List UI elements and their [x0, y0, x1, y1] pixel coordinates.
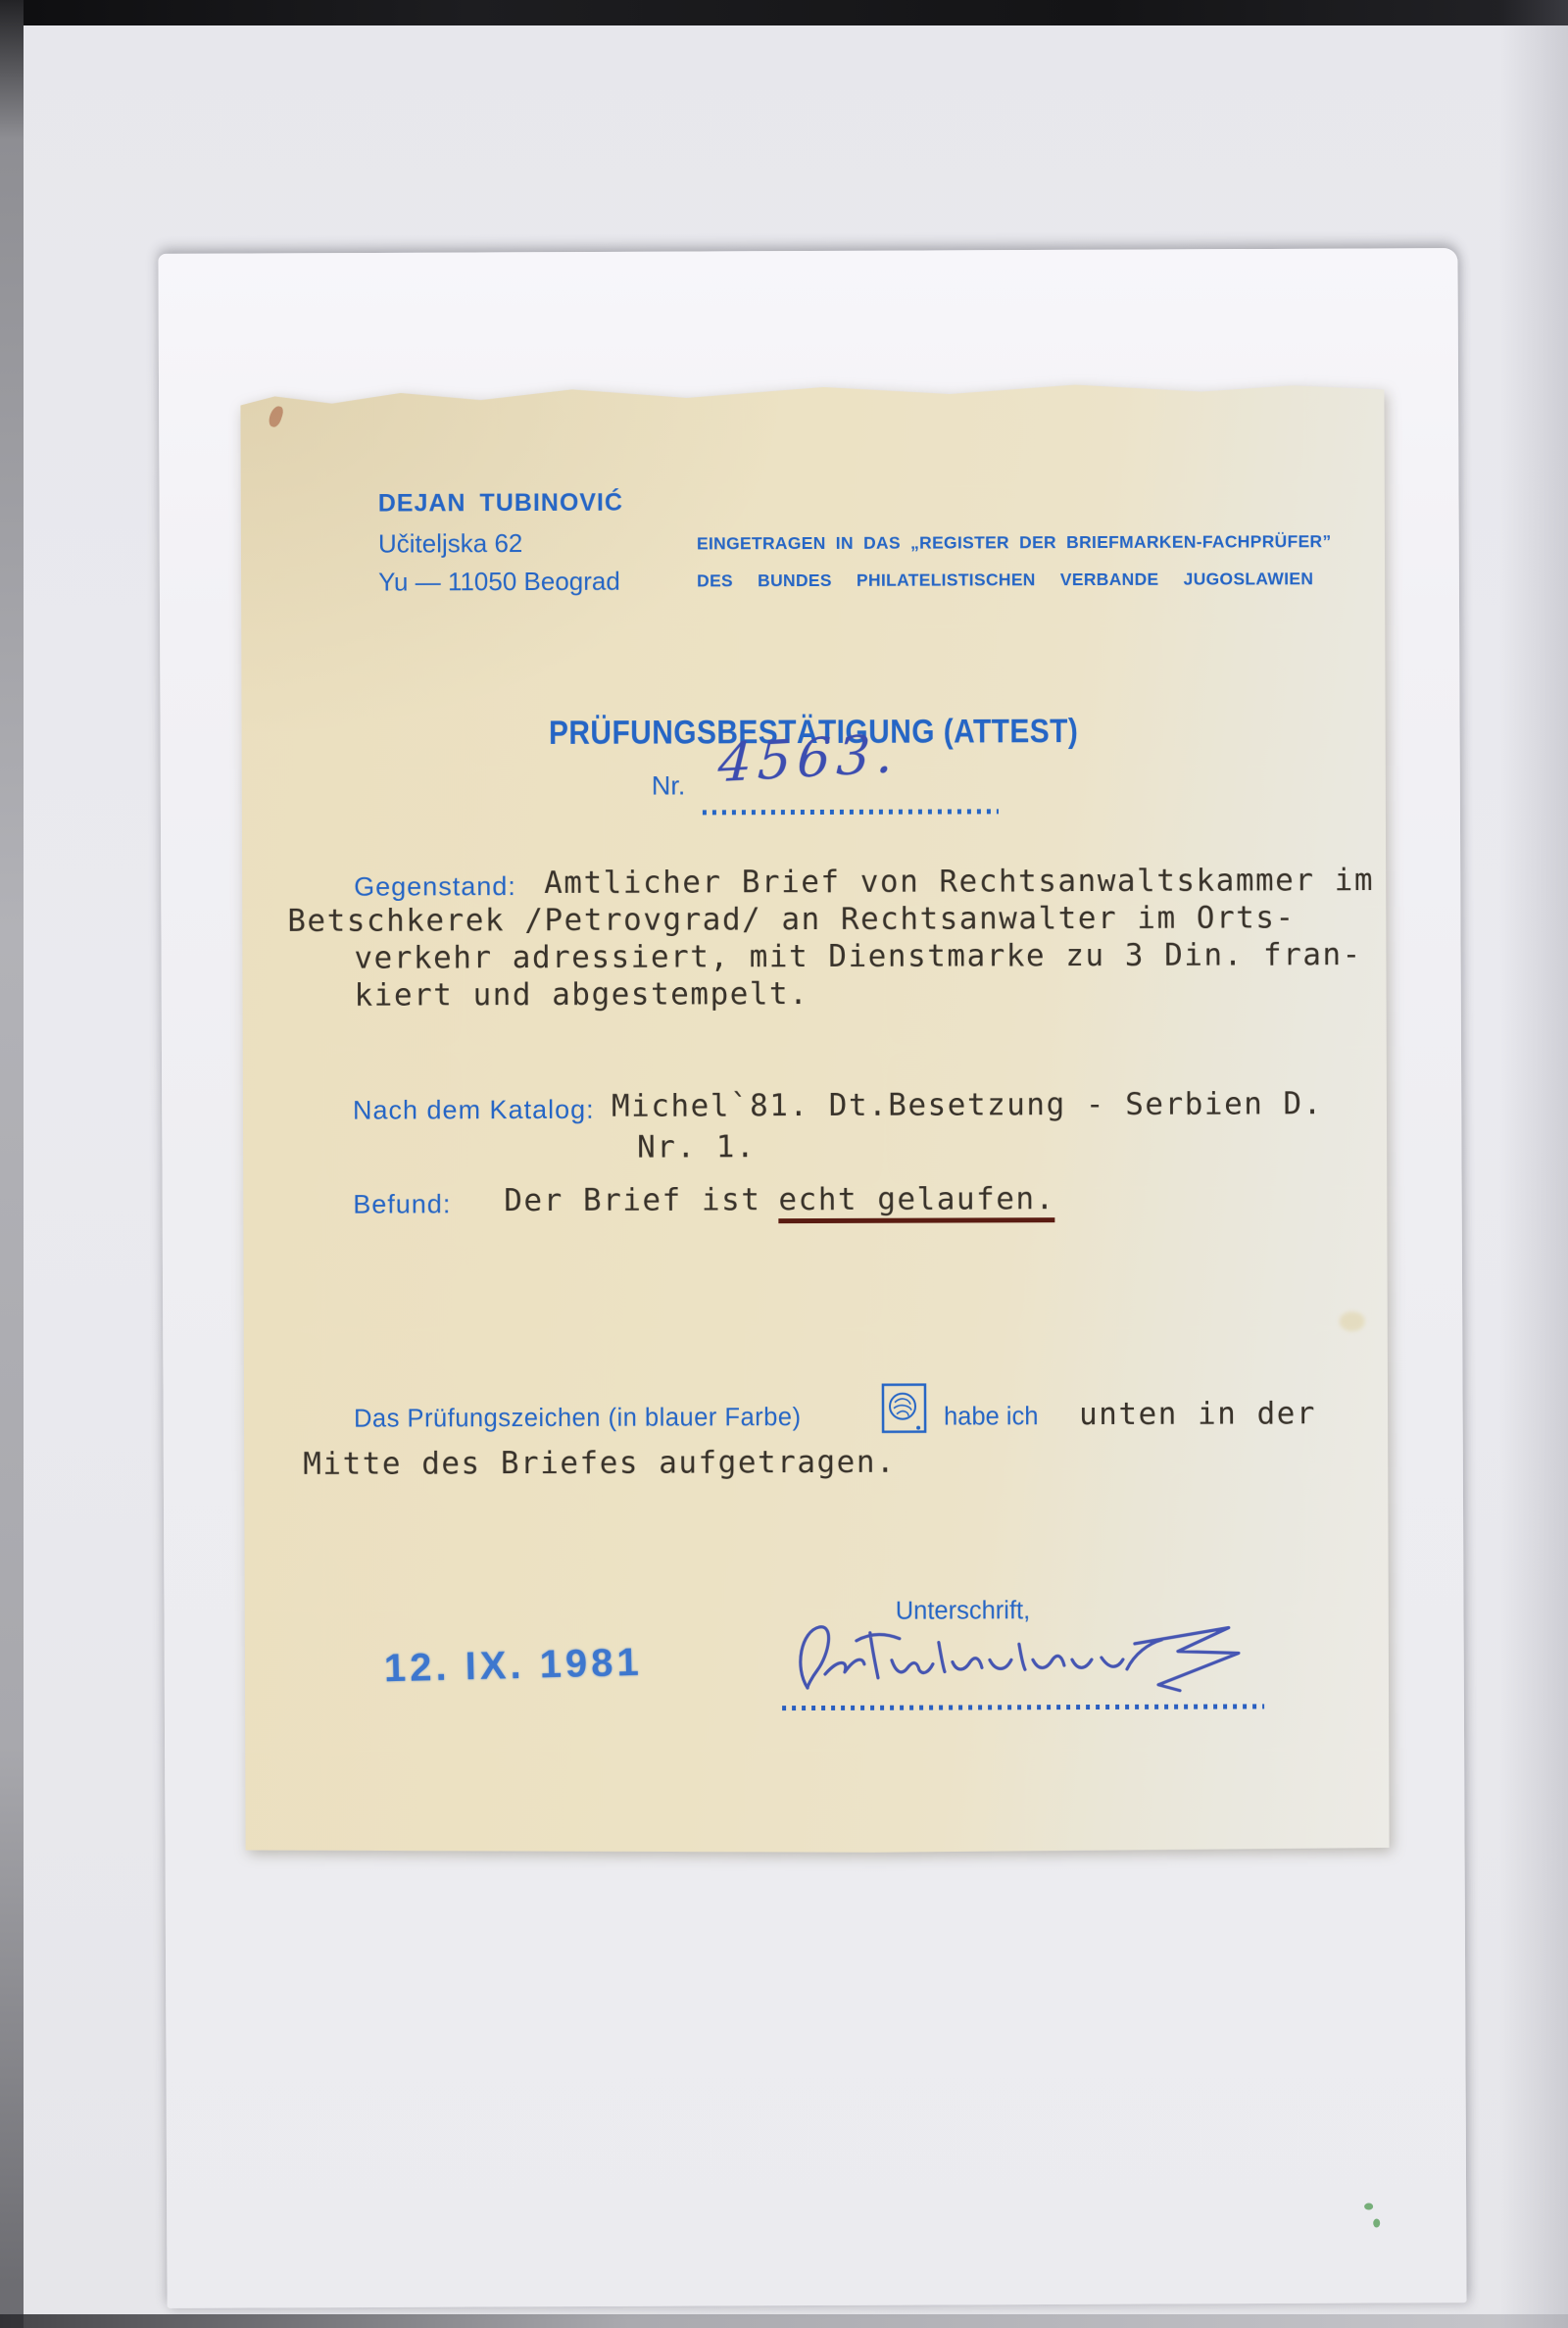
pruefzeichen-typed-line-1: unten in der	[1079, 1396, 1316, 1432]
nr-label: Nr.	[652, 770, 686, 801]
gegenstand-line-2: Betschkerek /Petrovgrad/ an Rechtsanwalt…	[287, 900, 1295, 939]
katalog-value-line-2: Nr. 1.	[637, 1129, 756, 1164]
befund-text: Der Brief ist	[504, 1182, 760, 1218]
gegenstand-line-4: kiert und abgestempelt.	[354, 976, 808, 1014]
signature	[790, 1613, 1270, 1718]
gegenstand-line-1: Amtlicher Brief von Rechtsanwaltskammer …	[544, 863, 1374, 901]
registry-line-2: DES BUNDES PHILATELISTISCHEN VERBANDE JU…	[697, 569, 1313, 591]
registry-line-1: EINGETRAGEN IN DAS „REGISTER DER BRIEFMA…	[697, 531, 1332, 554]
befund-text-underlined: echt gelaufen.	[778, 1181, 1054, 1223]
gegenstand-line-3: verkehr adressiert, mit Dienstmarke zu 3…	[354, 937, 1361, 976]
befund-value: Der Brief istecht gelaufen.	[504, 1181, 1055, 1218]
certificate-paper: DEJAN TUBINOVIĆ Učiteljska 62 Yu — 11050…	[240, 382, 1389, 1855]
scan-edge-bottom	[0, 2314, 1568, 2328]
pruefzeichen-typed-line-2: Mitte des Briefes aufgetragen.	[303, 1445, 896, 1482]
expert-mark-icon	[881, 1382, 928, 1437]
expert-city: Yu — 11050 Beograd	[378, 567, 620, 598]
scan-edge-left	[0, 0, 24, 2328]
katalog-label: Nach dem Katalog:	[353, 1095, 595, 1126]
nr-dotted-line	[703, 809, 999, 815]
date-stamp: 12. IX. 1981	[383, 1641, 643, 1691]
pruefzeichen-text-after: habe ich	[944, 1403, 1039, 1431]
paper-smudge	[1340, 1312, 1365, 1331]
certificate-paper-wrap: DEJAN TUBINOVIĆ Učiteljska 62 Yu — 11050…	[240, 382, 1389, 1855]
green-speck	[1364, 2204, 1373, 2210]
green-speck	[1373, 2218, 1380, 2227]
certificate-number-handwritten: 4563.	[716, 722, 900, 795]
scan-edge-top	[0, 0, 1568, 25]
pruefzeichen-text-before: Das Prüfungszeichen (in blauer Farbe)	[354, 1404, 802, 1434]
scan-edge-right	[1499, 0, 1568, 2328]
befund-label: Befund:	[353, 1189, 451, 1219]
expert-name: DEJAN TUBINOVIĆ	[378, 489, 623, 519]
katalog-value-line-1: Michel`81. Dt.Besetzung - Serbien D.	[612, 1086, 1323, 1124]
paper-stain	[267, 405, 284, 429]
expert-street: Učiteljska 62	[378, 528, 523, 560]
gegenstand-label: Gegenstand:	[354, 871, 516, 903]
